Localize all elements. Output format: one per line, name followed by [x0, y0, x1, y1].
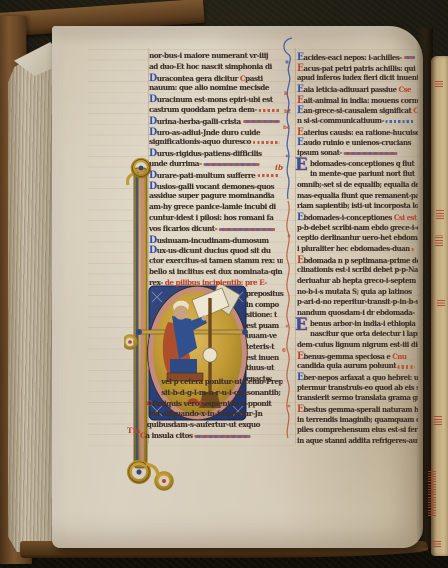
text-line: in aque stanni addita refrigeres-aut	[297, 436, 418, 447]
lombard-initial: D	[149, 73, 157, 84]
gothic-text: usios-galli vocant demones-quos	[157, 182, 274, 191]
gothic-text: tiuus-ut	[246, 363, 274, 372]
text-line: in mente-que pariunt nort fiut	[297, 169, 418, 180]
lombard-initial: D	[149, 181, 157, 192]
text-line: Eber-nepos arfaxat a quo hebrei: un	[297, 372, 418, 383]
text-line: piles comprehensum eius est-si ferum	[297, 425, 418, 436]
gothic-text: aia leticia-adiuuari passiue	[304, 85, 399, 94]
text-line: Ca insula citos	[139, 431, 283, 442]
text-line: i pluraliter hec ebdomades-duan	[297, 244, 418, 255]
gothic-text: ctor exercitus-si tamen stamm rex: un	[149, 256, 283, 265]
gothic-text: prepositus	[246, 289, 283, 298]
text-line: n si-si-communicatiuum-	[297, 116, 418, 127]
manuscript-photo: nor-bus-i maiore numerant vr-iiijad duo-…	[0, 0, 448, 568]
gothic-text: apud inferos iudex fieri dicit inuent	[297, 73, 418, 82]
guide-letter: 6	[282, 348, 286, 354]
text-line: bet aliquando-x-in-f-uertatur-Jn	[139, 409, 283, 420]
line-filler-ornament	[253, 141, 280, 144]
lombard-initial: D	[149, 94, 157, 105]
text-line: prepositus	[246, 289, 286, 300]
marginal-note-tia: Tia	[127, 426, 140, 435]
text-line: ptermur transtruis-eo quod ab eis stirpe	[297, 383, 418, 394]
line-filler-ornament	[219, 228, 275, 231]
gothic-text: uracinum est-mons epiri-ubi est	[157, 95, 273, 104]
text-line: Duracontea gera dicitur Cpasti	[149, 73, 283, 84]
text-line: Durare-pati-multum sufferre	[149, 170, 283, 181]
line-filler-ornament	[194, 435, 250, 438]
next-page-marginalia-mark	[434, 415, 442, 425]
gothic-text: p-b-debet scribi-nam ebdo grece-i-con	[297, 223, 418, 232]
gothic-text: bdomades-i-conceptiones	[304, 213, 394, 222]
text-line: ad duo-Et hoc nascit simphonia di	[149, 62, 283, 73]
line-filler-ornament	[412, 248, 416, 251]
text-line: candida quia aurum poluunt	[297, 361, 418, 372]
text-line: clinationis est-i scribi debet p-p-Nam	[297, 265, 418, 276]
line-filler-ornament	[386, 120, 415, 123]
gothic-text: rex-	[149, 278, 165, 287]
gothic-text: nandum quosdam-i dr ebdomada-	[297, 308, 415, 317]
gothic-text: bdomades-conceptiones q fiut	[310, 159, 414, 168]
gothic-text: nor-bus-i maiore numerant vr-iiij	[149, 51, 268, 60]
gothic-text: unde durrima-	[149, 159, 202, 168]
gothic-text: quibusdam-s-aufertur-ut exquo	[147, 420, 260, 429]
gothic-text: sitione: t	[246, 310, 277, 319]
text-line: mas-equalia fiunt que remanent-pa	[297, 191, 418, 202]
text-line: transierit sermo translata grama greci	[297, 393, 418, 404]
text-line: Ebestus gemma-sperali naturam h	[297, 404, 418, 415]
text-line: est inuen	[246, 353, 286, 364]
text-line: Duro-as-adiui-Jnde duro cuide	[149, 127, 283, 138]
gothic-text: urina-herba-galli-crista	[157, 117, 241, 126]
gothic-text: Reliquis vero sequentib;-x-pponit	[152, 399, 271, 408]
gothic-text: vel p cetera ponitur-ut celuo-Prepo	[161, 377, 282, 386]
gothic-text: ux-us-dicunt ducius quod sit du	[157, 246, 271, 255]
text-line: quibusdam-s-aufertur-ut exquo	[139, 420, 283, 431]
guide-letter: k	[284, 91, 288, 97]
gothic-text: ait-animal in india: mouens cornu	[304, 96, 418, 105]
gothic-text: audo ruinio e unienos-crucians	[304, 138, 411, 147]
text-line: nauum: que alio nomine mecisde	[149, 83, 283, 94]
text-line: bdomades-conceptiones q fiut	[297, 159, 418, 170]
gothic-text: bet aliquando-x-in-f-uertatur-Jn	[149, 409, 263, 418]
rubric-text: Csi est	[394, 213, 417, 222]
text-line: Eaudo ruinio e unienos-crucians	[297, 137, 418, 148]
text-line: riam sapientib; isti-ut incorposta loco	[297, 201, 418, 212]
gothic-text: in mente-que pariunt nort fiut	[310, 169, 415, 178]
gothic-text: cuntur-idest i pilosi: hos romani fa	[149, 213, 273, 222]
gothic-text: est puam	[246, 321, 279, 330]
text-line: nascitur que orta deiectur i lapi	[297, 329, 418, 340]
text-line: Durus-rigidus-patiens-difficilis	[149, 148, 283, 159]
gothic-text: benus arbor-in india-i ethiopia	[310, 319, 415, 328]
gothic-text: nascitur que orta deiectur i lapi	[310, 329, 418, 338]
gothic-text: i pluraliter hec ebdomades-duan	[297, 244, 410, 253]
gothic-text: dem-cuius lignum nigrum est-iii die	[297, 340, 418, 349]
text-line: Eaia leticia-adiuuari passiue Cse	[297, 84, 418, 95]
text-line: Ebdomades-i-conceptiones Csi est	[297, 212, 418, 223]
gothic-text: acides-eaci nepos: i-achilles-	[304, 53, 402, 62]
line-filler-ornament	[259, 109, 280, 112]
lombard-initial-large: E	[295, 317, 308, 333]
text-line: teteris-t	[246, 342, 286, 353]
text-line: Dusios-galli vocant demones-quos	[149, 181, 283, 192]
text-line: Eaterius causis: ea ratione-hucuisq;	[297, 127, 418, 138]
gothic-text: n si-si-communicatiuum-	[297, 116, 384, 125]
line-filler-ornament	[344, 152, 398, 155]
text-line: vos ficarios dicunt-	[149, 224, 283, 235]
gothic-text: in compo	[246, 300, 279, 309]
lombard-initial: D	[149, 245, 157, 256]
gothic-text: riam sapientib; isti-ut incorposta loco	[297, 201, 418, 210]
line-filler-ornament	[404, 56, 416, 59]
text-line: in compo	[246, 300, 286, 311]
next-page-marginalia-mark	[437, 298, 445, 306]
gothic-text: candida quia aurum poluunt	[297, 361, 396, 370]
text-line: assidue super pagure mominandia	[149, 191, 283, 202]
text-line: Ebdomada n p septimana-prime de	[297, 255, 418, 266]
lombard-initial: D	[149, 127, 157, 138]
text-line: significationis-aquo duresco	[149, 137, 283, 148]
next-page-marginalia-mark	[436, 210, 444, 219]
gothic-text: in terrendis imaginib; quamquam cu	[297, 415, 418, 424]
text-line: cuntur-idest i pilosi: hos romani fa	[149, 213, 283, 224]
text-line: Ean-grece-si-causalem significat Ca	[297, 105, 418, 116]
text-line: Dusinuam-incudinam-dumosum	[149, 235, 283, 246]
lombard-initial: D	[149, 235, 157, 246]
gothic-text: ptermur transtruis-eo quod ab eis stirpe	[297, 383, 418, 392]
gothic-text: deriuatur ab hepta greco-i-septem lan	[297, 276, 418, 285]
text-line: Ebenus-gemma speciosa e Cnu	[297, 351, 418, 362]
text-line: no-b-i-s mutata S; quia ap latinos	[297, 287, 418, 298]
next-page-marginalia-mark	[433, 540, 441, 547]
guide-letter: bc	[283, 125, 290, 131]
rubric-text: Ca	[413, 106, 418, 115]
text-line: Eacus-pat petri patris achillis: qui	[297, 63, 418, 74]
gothic-text: bestus gemma-sperali naturam h	[304, 405, 418, 414]
gothic-text: clinationis est-i scribi debet p-p-Nam	[297, 265, 418, 274]
line-filler-ornament	[398, 365, 415, 368]
gothic-text: urus-rigidus-patiens-difficilis	[157, 149, 262, 158]
text-line: CReliquis vero sequentib;-x-pponit	[139, 399, 283, 410]
gothic-text: sit-b-d-g-l-m-n-r-u-i-consonantib;	[161, 388, 280, 397]
gothic-text: teteris-t	[246, 342, 274, 351]
text-line: nor-bus-i maiore numerant vr-iiij	[149, 51, 283, 62]
gothic-text: castrum quoddam petra dem-	[149, 105, 257, 114]
next-page-marginalia-mark	[428, 470, 436, 516]
gothic-text: transierit sermo translata grama greci	[297, 393, 418, 402]
text-line: nandum quosdam-i dr ebdomada-	[297, 308, 418, 319]
text-line: Eacides-eaci nepos: i-achilles-	[297, 52, 418, 63]
gothic-text: an-grece-si-causalem significat	[304, 106, 414, 115]
text-line: p-ari-d-no reperitur-transit-p-in-b-s	[297, 297, 418, 308]
text-line: am-hy grece panice-lamie incubi di	[149, 202, 283, 213]
text-line: Dux-us-dicunt ducius quod sit du	[149, 245, 283, 256]
gothic-text: uuam-ve	[246, 331, 277, 340]
gothic-text: in aque stanni addita refrigeres-aut	[297, 436, 418, 445]
gothic-text: aterius causis: ea ratione-hucuisq;	[304, 128, 418, 137]
text-line: p-b-debet scribi-nam ebdo grece-i-con	[297, 223, 418, 234]
text-line: est puam	[246, 321, 286, 332]
rubric-text: Cse	[399, 85, 411, 94]
text-line: Eait-animal in india: mouens cornu	[297, 95, 418, 106]
gothic-text: benus-gemma speciosa e	[304, 352, 393, 361]
rubric-text: Cnu	[392, 352, 406, 361]
lombard-initial: D	[149, 148, 157, 159]
gothic-text: vos ficarios dicunt-	[149, 224, 217, 233]
text-line: unde durrima-	[149, 159, 283, 170]
text-line: rex- de pilibus incipientib: pre E-	[149, 278, 283, 289]
line-filler-ornament	[203, 163, 259, 166]
text-line: apud inferos iudex fieri dicit inuent	[297, 73, 418, 84]
text-line: deriuatur ab hepta greco-i-septem lan	[297, 276, 418, 287]
text-line: sitione: t	[246, 310, 286, 321]
gothic-text: a insula citos	[145, 431, 192, 440]
text-line: in terrendis imaginib; quamquam cu	[297, 415, 418, 426]
text-line: ipsum sonat-	[297, 148, 418, 159]
gothic-text: usinuam-incudinam-dumosum	[157, 236, 269, 245]
line-filler-ornament	[243, 120, 280, 123]
gothic-text: urare-pati-multum sufferre	[157, 171, 255, 180]
gothic-text: significationis-aquo duresco	[149, 137, 251, 146]
gothic-text: omnib;-set si de equalib; equalia de	[297, 180, 418, 189]
gothic-text: nauum: que alio nomine mecisde	[149, 83, 269, 92]
next-page-marginalia-mark	[435, 80, 443, 87]
text-line: dem-cuius lignum nigrum est-iii die	[297, 340, 418, 351]
text-line: uuam-ve	[246, 331, 286, 342]
gothic-text: uracontea gera dicitur	[157, 74, 240, 83]
guide-letter: bt	[284, 109, 290, 115]
next-page-marginalia-mark	[435, 235, 443, 246]
text-line: omnib;-set si de equalib; equalia de	[297, 180, 418, 191]
gothic-text: pasti	[245, 74, 263, 83]
text-line: Duracinum est-mons epiri-ubi est	[149, 94, 283, 105]
lombard-initial: D	[149, 170, 157, 181]
text-line: benus arbor-in india-i ethiopia	[297, 319, 418, 330]
gothic-text: bdomada n p septimana-prime de	[304, 256, 418, 265]
line-filler-ornament	[257, 174, 280, 177]
gothic-text: ceptio derlinantur uero-het ebdomas di	[297, 233, 418, 242]
gothic-text: no-b-i-s mutata S; quia ap latinos	[297, 287, 412, 296]
text-line: castrum quoddam petra dem-	[149, 105, 283, 116]
gothic-text: assidue super pagure mominandia	[149, 191, 274, 200]
gothic-text: bello si inclitus est dux nominata-qin	[149, 267, 282, 276]
text-line: ctor exercitus-si tamen stamm rex: un	[149, 256, 283, 267]
text-line: vel p cetera ponitur-ut celuo-Prepo	[139, 377, 283, 388]
lombard-initial: D	[149, 116, 157, 127]
text-line: ceptio derlinantur uero-het ebdomas di	[297, 233, 418, 244]
gothic-text: ad duo-Et hoc nascit simphonia di	[149, 62, 272, 71]
gothic-text: uro-as-adiui-Jnde duro cuide	[157, 128, 260, 137]
marginal-note-ib: ib	[275, 163, 283, 172]
gothic-text: est inuen	[246, 353, 279, 362]
gothic-text: ber-nepos arfaxat a quo hebrei: un	[304, 373, 418, 382]
text-line: sit-b-d-g-l-m-n-r-u-i-consonantib;	[139, 388, 283, 399]
gothic-text: acus-pat petri patris achillis: qui	[304, 64, 416, 73]
gothic-text: am-hy grece panice-lamie incubi di	[149, 202, 276, 211]
text-line: bello si inclitus est dux nominata-qin	[149, 267, 283, 278]
gothic-text: p-ari-d-no reperitur-transit-p-in-b-s	[297, 297, 418, 306]
lombard-initial-large: E	[295, 157, 308, 173]
text-line: tiuus-ut	[246, 363, 286, 374]
rubric-text: de pilibus incipientib: pre E-	[165, 278, 267, 287]
text-line: Durina-herba-galli-crista	[149, 116, 283, 127]
gothic-text: piles comprehensum eius est-si ferum	[297, 425, 418, 434]
gothic-text: mas-equalia fiunt que remanent-pa	[297, 191, 418, 200]
